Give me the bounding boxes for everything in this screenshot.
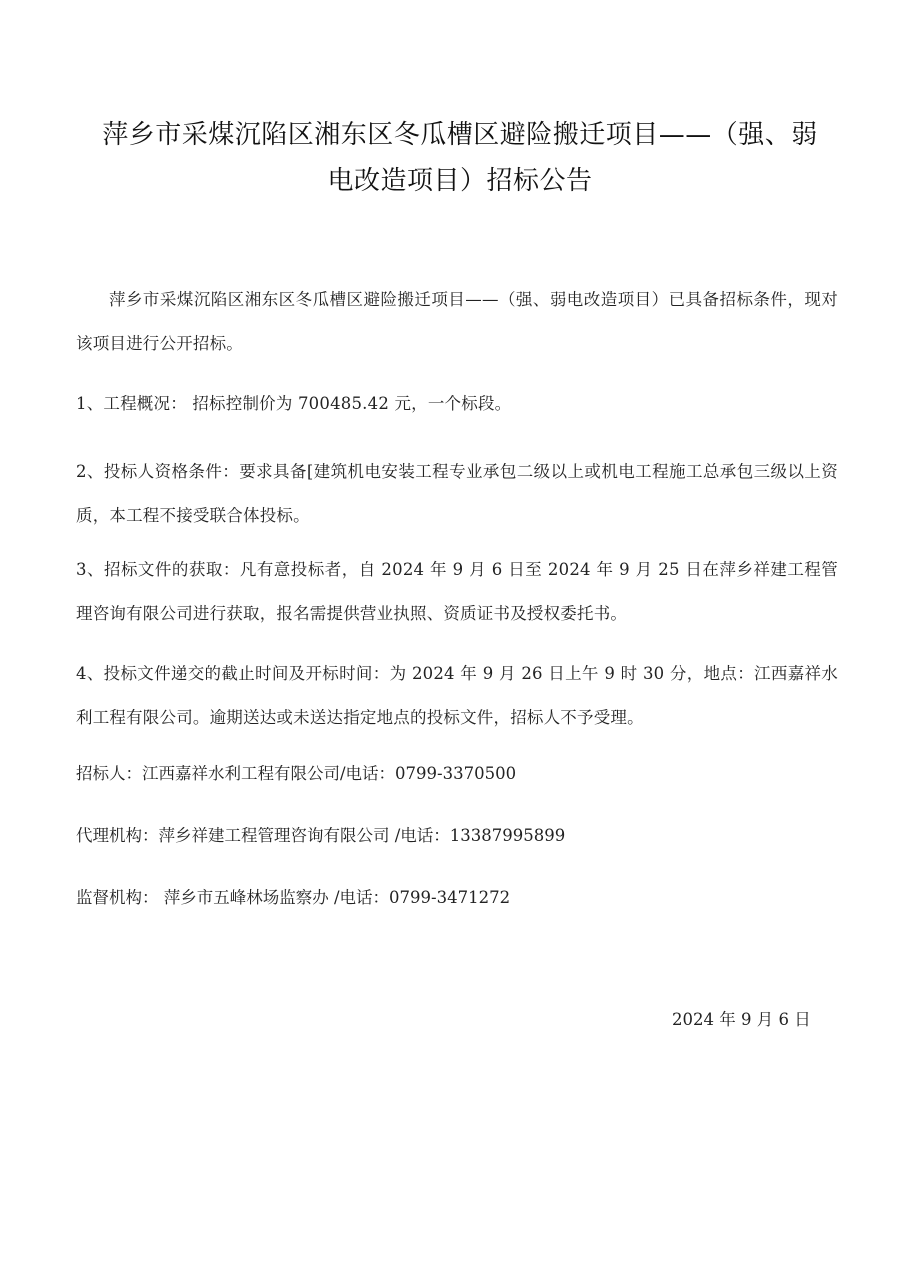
contact-supervisor: 监督机构： 萍乡市五峰林场监察办 /电话：0799-3471272 [76, 886, 776, 910]
section-submission-deadline: 4、投标文件递交的截止时间及开标时间：为 2024 年 9 月 26 日上午 9… [76, 652, 838, 740]
section-project-overview: 1、工程概况： 招标控制价为 700485.42 元，一个标段。 [76, 382, 838, 426]
section-document-acquisition: 3、招标文件的获取：凡有意投标者，自 2024 年 9 月 6 日至 2024 … [76, 548, 838, 636]
intro-paragraph: 萍乡市采煤沉陷区湘东区冬瓜槽区避险搬迁项目——（强、弱电改造项目）已具备招标条件… [76, 278, 838, 366]
document-title: 萍乡市采煤沉陷区湘东区冬瓜槽区避险搬迁项目——（强、弱 电改造项目）招标公告 [80, 112, 840, 204]
signature-date: 2024 年 9 月 6 日 [672, 1008, 811, 1032]
document-page: 萍乡市采煤沉陷区湘东区冬瓜槽区避险搬迁项目——（强、弱 电改造项目）招标公告 萍… [0, 0, 900, 1273]
title-line-1: 萍乡市采煤沉陷区湘东区冬瓜槽区避险搬迁项目——（强、弱 [102, 120, 818, 150]
contact-agency: 代理机构：萍乡祥建工程管理咨询有限公司 /电话：13387995899 [76, 824, 776, 848]
title-line-2: 电改造项目）招标公告 [327, 166, 592, 196]
contact-tenderer: 招标人：江西嘉祥水利工程有限公司/电话：0799-3370500 [76, 762, 776, 786]
section-bidder-qualifications: 2、投标人资格条件：要求具备[建筑机电安装工程专业承包二级以上或机电工程施工总承… [76, 450, 838, 538]
